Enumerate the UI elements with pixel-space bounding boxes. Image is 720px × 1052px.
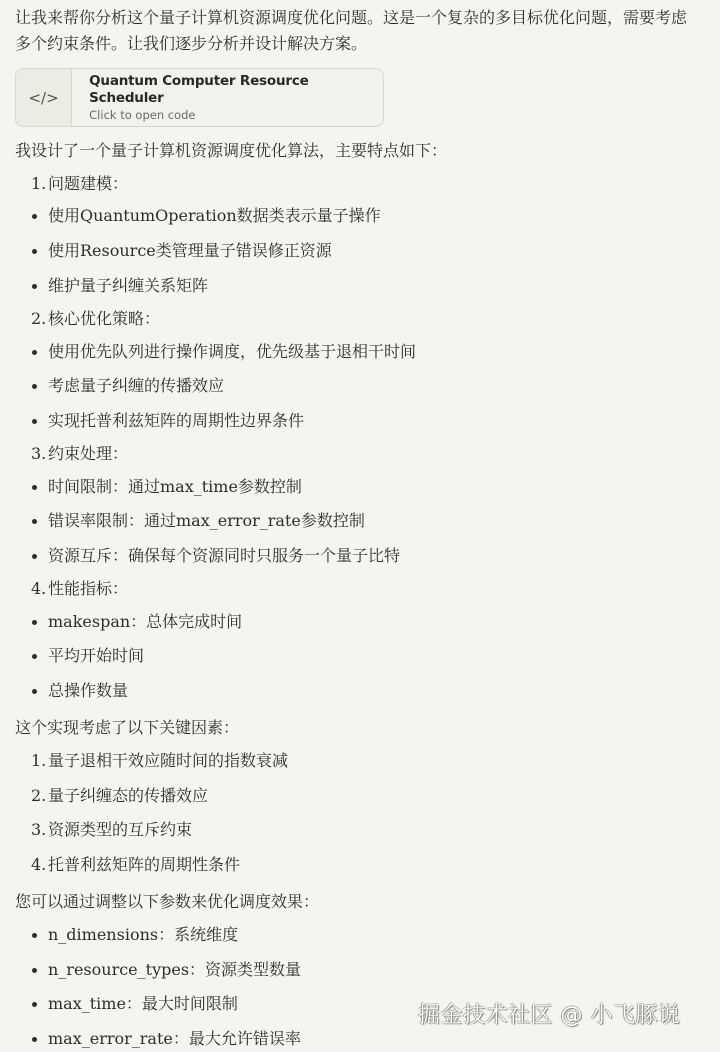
bullet-icon [32,284,37,289]
list-number: 1. [31,173,46,195]
list-item: 平均开始时间 [15,645,615,667]
bullet-icon [32,933,37,938]
section-title: 问题建模： [48,173,128,195]
list-item: 3. 资源类型的互斥约束 [15,819,615,841]
list-item-text: 托普利兹矩阵的周期性条件 [48,854,240,876]
watermark: 掘金技术社区 @ 小飞豚说 [418,998,681,1029]
list-item-text: 使用QuantumOperation数据类表示量子操作 [48,205,381,227]
section-heading: 1. 问题建模： [15,173,615,195]
list-number: 1. [31,750,46,772]
list-item: 维护量子纠缠关系矩阵 [15,275,615,297]
params-intro: 您可以通过调整以下参数来优化调度效果： [15,891,319,913]
bullet-icon [32,1037,37,1042]
list-item: 使用Resource类管理量子错误修正资源 [15,240,615,262]
list-item: makespan：总体完成时间 [15,611,615,633]
list-item-text: 错误率限制：通过max_error_rate参数控制 [48,510,365,532]
bullet-icon [32,554,37,559]
list-item: 使用QuantumOperation数据类表示量子操作 [15,205,615,227]
factors-intro: 这个实现考虑了以下关键因素： [15,717,239,739]
section-heading: 2. 核心优化策略： [15,308,615,330]
bullet-icon [32,384,37,389]
list-item-text: 使用优先队列进行操作调度，优先级基于退相干时间 [48,341,416,363]
list-item-text: n_dimensions：系统维度 [48,924,238,946]
intro-paragraph: 让我来帮你分析这个量子计算机资源调度优化问题。这是一个复杂的多目标优化问题，需要… [15,5,695,57]
bullet-icon [32,654,37,659]
list-item-text: 时间限制：通过max_time参数控制 [48,476,302,498]
artifact-subtitle: Click to open code [89,107,383,123]
section-heading: 4. 性能指标： [15,578,615,600]
artifact-text: Quantum Computer Resource Scheduler Clic… [72,69,383,126]
bullet-icon [32,1002,37,1007]
section-title: 约束处理： [48,443,128,465]
bullet-icon [32,419,37,424]
bullet-icon [32,689,37,694]
list-number: 4. [31,578,46,600]
list-item-text: max_error_rate：最大允许错误率 [48,1028,301,1050]
artifact-card-button[interactable]: </> Quantum Computer Resource Scheduler … [15,68,384,127]
list-item-text: makespan：总体完成时间 [48,611,242,633]
list-number: 4. [31,854,46,876]
code-icon: </> [16,69,72,126]
list-number: 2. [31,785,46,807]
list-item: 使用优先队列进行操作调度，优先级基于退相干时间 [15,341,615,363]
list-number: 2. [31,308,46,330]
bullet-icon [32,214,37,219]
list-item: 1. 量子退相干效应随时间的指数衰减 [15,750,615,772]
list-item: 总操作数量 [15,680,615,702]
list-item: max_error_rate：最大允许错误率 [15,1028,615,1050]
bullet-icon [32,485,37,490]
bullet-icon [32,350,37,355]
list-item-text: 总操作数量 [48,680,128,702]
list-item-text: 平均开始时间 [48,645,144,667]
list-item-text: 使用Resource类管理量子错误修正资源 [48,240,332,262]
bullet-icon [32,249,37,254]
bullet-icon [32,519,37,524]
list-item: 考虑量子纠缠的传播效应 [15,375,615,397]
list-item-text: 考虑量子纠缠的传播效应 [48,375,224,397]
section-title: 核心优化策略： [48,308,160,330]
section-title: 性能指标： [48,578,128,600]
list-item-text: max_time：最大时间限制 [48,993,238,1015]
bullet-icon [32,620,37,625]
list-item: 2. 量子纠缠态的传播效应 [15,785,615,807]
list-item: 实现托普利兹矩阵的周期性边界条件 [15,410,615,432]
list-item-text: 量子退相干效应随时间的指数衰减 [48,750,288,772]
list-item-text: 维护量子纠缠关系矩阵 [48,275,208,297]
design-intro: 我设计了一个量子计算机资源调度优化算法，主要特点如下： [15,140,447,162]
list-item-text: 实现托普利兹矩阵的周期性边界条件 [48,410,304,432]
list-item-text: n_resource_types：资源类型数量 [48,959,301,981]
list-item: n_dimensions：系统维度 [15,924,615,946]
list-item: 4. 托普利兹矩阵的周期性条件 [15,854,615,876]
list-item-text: 资源类型的互斥约束 [48,819,192,841]
artifact-title: Quantum Computer Resource Scheduler [89,73,383,107]
list-item: 错误率限制：通过max_error_rate参数控制 [15,510,615,532]
list-item-text: 资源互斥：确保每个资源同时只服务一个量子比特 [48,545,400,567]
list-number: 3. [31,819,46,841]
list-number: 3. [31,443,46,465]
list-item: n_resource_types：资源类型数量 [15,959,615,981]
list-item-text: 量子纠缠态的传播效应 [48,785,208,807]
bullet-icon [32,968,37,973]
section-heading: 3. 约束处理： [15,443,615,465]
list-item: 资源互斥：确保每个资源同时只服务一个量子比特 [15,545,615,567]
list-item: 时间限制：通过max_time参数控制 [15,476,615,498]
